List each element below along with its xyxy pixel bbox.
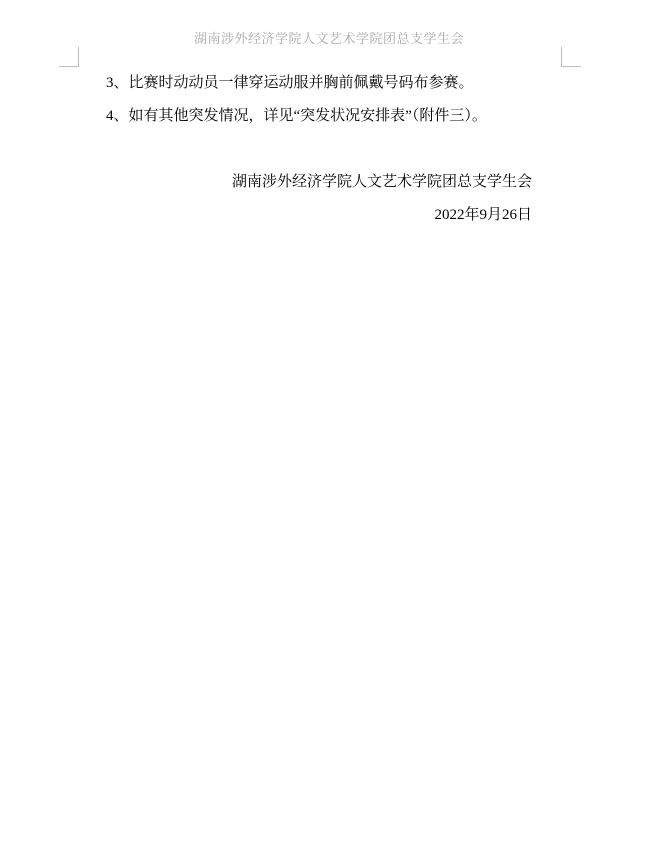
document-page: 湖南涉外经济学院人文艺术学院团总支学生会 3、比赛时动动员一律穿运动服并胸前佩戴… bbox=[0, 0, 658, 841]
signature-line: 湖南涉外经济学院人文艺术学院团总支学生会 bbox=[79, 166, 561, 199]
body-paragraph-3: 3、比赛时动动员一律穿运动服并胸前佩戴号码布参赛。 bbox=[79, 67, 561, 100]
margin-crop-mark-top-left bbox=[59, 47, 79, 67]
blank-line bbox=[79, 133, 561, 166]
document-header-text: 湖南涉外经济学院人文艺术学院团总支学生会 bbox=[0, 31, 658, 46]
date-line: 2022年9月26日 bbox=[79, 199, 561, 232]
margin-crop-mark-top-right bbox=[561, 47, 581, 67]
body-paragraph-4: 4、如有其他突发情况，详见“突发状况安排表”（附件三）。 bbox=[79, 100, 561, 133]
document-body: 3、比赛时动动员一律穿运动服并胸前佩戴号码布参赛。 4、如有其他突发情况，详见“… bbox=[79, 67, 561, 232]
